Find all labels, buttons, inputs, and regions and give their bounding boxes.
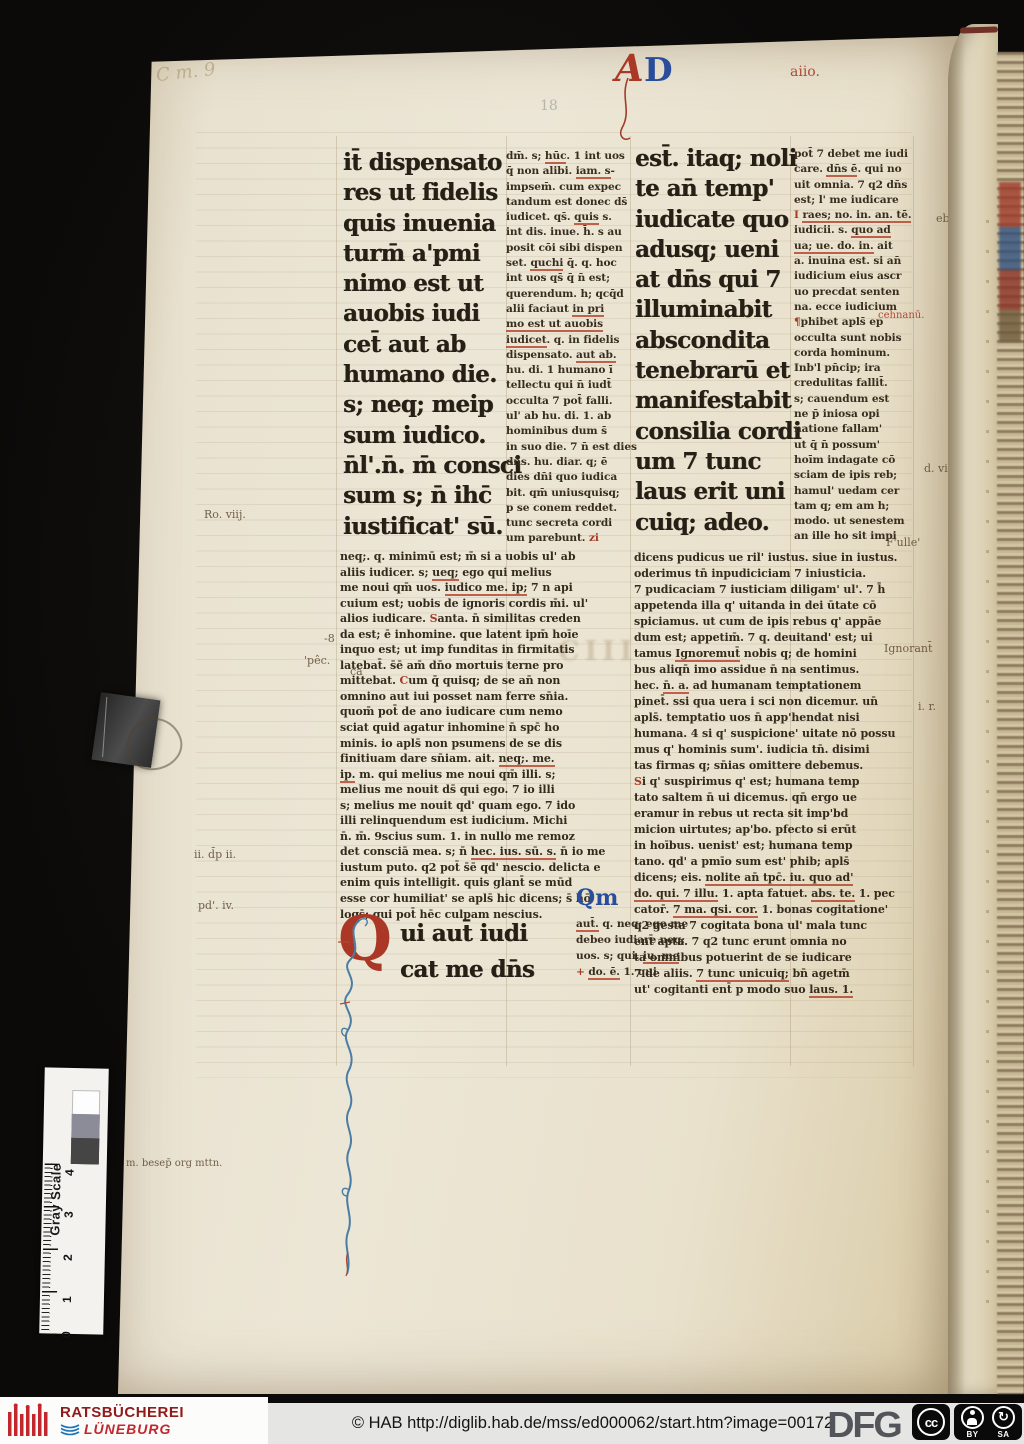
margin-note: pd'. iv. bbox=[198, 899, 234, 912]
text-line: te an̄ temp' bbox=[635, 174, 795, 204]
text-line: p se conem reddet. bbox=[506, 501, 630, 516]
text-line: do. qui. 7 illu. 1. apta fatuet. abs. te… bbox=[634, 886, 916, 902]
text-line: turm̄ a'pmi bbox=[343, 239, 508, 269]
margin-note: Ignorant̄ bbox=[884, 642, 932, 655]
text-line: manifestabit bbox=[635, 386, 795, 416]
text-line: cuium est; uobis de ignoris cordis m̄i. … bbox=[340, 596, 632, 612]
text-line: int uos qs̄ q̄ n̄ est; bbox=[506, 271, 630, 286]
text-column-large-left: it̄ dispensatores ut fidelisquis inuenia… bbox=[343, 148, 508, 542]
text-line: s; melius me nouit qd' quam ego. 7 ido bbox=[340, 798, 632, 814]
photo-canvas: C m. 9 18 A D aiio. it̄ dispensatores ut… bbox=[0, 0, 1024, 1444]
text-line: dispensato. aut ab. bbox=[506, 348, 630, 363]
initial-Qm: Qm bbox=[576, 885, 618, 911]
cc-by-icon bbox=[961, 1406, 984, 1429]
text-line: omnino aut iui posset nam ferre sn̄ia. bbox=[340, 689, 632, 705]
fore-edge-marks bbox=[986, 220, 989, 1320]
text-line: tas firmas q; sn̄ias omittere debemus. bbox=[634, 758, 916, 774]
text-line: iudicium eius ascr bbox=[794, 269, 912, 284]
text-line: ua; ue. do. in. ait bbox=[794, 239, 912, 254]
text-line: melius me nouit ds̄ qui ego. 7 io illi bbox=[340, 782, 632, 798]
text-line: res ut fidelis bbox=[343, 178, 508, 208]
text-line: Inb'l pn̄cip; ira bbox=[794, 361, 912, 376]
text-line: cuiq; adeo. bbox=[635, 508, 795, 538]
margin-note: F'ulle' bbox=[886, 536, 920, 549]
text-line: me noui qm̄ uos. iudico me. ip; 7 n api bbox=[340, 580, 632, 596]
text-line: dum est; appetim̄. 7 q. deuitand' est; u… bbox=[634, 630, 916, 646]
text-line: sum iudico. bbox=[343, 421, 508, 451]
text-line: cet̄ aut ab bbox=[343, 330, 508, 360]
text-line: iudicet. q. in fidelis bbox=[506, 333, 630, 348]
quire-mark: aiio. bbox=[790, 64, 820, 80]
text-line: s; cauendum est bbox=[794, 392, 912, 407]
text-line: finitiuam dare sn̄iam. ait. neq;. me. bbox=[340, 751, 632, 767]
margin-note: ii. d̄p ii. bbox=[194, 848, 236, 861]
text-line: inquo est; ut imp funditas in firmitatis bbox=[340, 642, 632, 658]
text-line: est; l' me iudicare bbox=[794, 193, 912, 208]
text-line: care. dn̄s ē. qui no bbox=[794, 162, 912, 177]
text-line: humano die. bbox=[343, 360, 508, 390]
text-line: alii faciaut in pri bbox=[506, 302, 630, 317]
ruler-major-ticks bbox=[41, 1163, 60, 1334]
cc-sa-label: SA bbox=[997, 1430, 1009, 1439]
text-line: dicens; eis. nolite an̄ tpc̄. iu. quo ad… bbox=[634, 870, 916, 886]
text-line: n̄l'.n̄. m̄ consci bbox=[343, 451, 508, 481]
text-line: um 7 tunc bbox=[635, 447, 795, 477]
margin-note: cehnanū. bbox=[878, 310, 924, 321]
commentary-column-left: neq;. q. minimū est; m̄ si a uobis ul' a… bbox=[340, 549, 632, 922]
text-line: est̄. itaq; noli bbox=[635, 144, 795, 174]
bottom-lemma-text: ui aut̄ iudicat me dn̄s bbox=[400, 916, 580, 988]
book-fore-edge bbox=[948, 24, 998, 1394]
text-line: natione fallam' bbox=[794, 422, 912, 437]
text-line: ip. m. qui melius me noui qm̄ illi. s; bbox=[340, 767, 632, 783]
text-line: auobis iudi bbox=[343, 299, 508, 329]
text-line: q̄ non alibi. iam. s- bbox=[506, 164, 630, 179]
text-line: minis. io apls̄ non psumens de se dis bbox=[340, 736, 632, 752]
text-line: tenebrarū et bbox=[635, 356, 795, 386]
next-page-initial bbox=[999, 182, 1021, 342]
text-line: um parebunt. zi bbox=[506, 531, 630, 546]
text-line: dies dn̄i quo iudica bbox=[506, 470, 630, 485]
text-line: s; neq; meip bbox=[343, 390, 508, 420]
text-line: ui aut̄ iudi bbox=[400, 916, 580, 952]
text-line: illuminabit bbox=[635, 295, 795, 325]
grayscale-patch-white bbox=[72, 1090, 101, 1117]
text-line: in suo die. 7 n̄ est dies bbox=[506, 440, 630, 455]
text-line: dn̄s. hu. diar. q; ē bbox=[506, 455, 630, 470]
text-line: alios iudicare. Santa. n̄ similitas cred… bbox=[340, 611, 632, 627]
text-line: hominibus dum s̄ bbox=[506, 424, 630, 439]
text-line: posit cōi sibi dispen bbox=[506, 241, 630, 256]
margin-note: m. besep̄ org mttn. bbox=[126, 1158, 222, 1169]
text-line: tamus Ignoremut̄ nobis q; de homini bbox=[634, 646, 916, 662]
text-line: corda hominum. bbox=[794, 346, 912, 361]
text-line: appetenda illa q' uitanda in dei ūtate c… bbox=[634, 598, 916, 614]
text-line: latebat̄. s̄ē am̄ dn̄o mortuis terne pro bbox=[340, 658, 632, 674]
manuscript-page: C m. 9 18 A D aiio. it̄ dispensatores ut… bbox=[118, 36, 958, 1394]
text-line: debeo iudiare neq; bbox=[576, 932, 711, 948]
text-line: impsem̄. cum expec bbox=[506, 180, 630, 195]
ruler-number: 2 bbox=[61, 1247, 75, 1261]
text-line: oderimus tn̄ inpudiciciam 7 iniusticia. bbox=[634, 566, 916, 582]
margin-note: 'pêc. bbox=[304, 654, 330, 667]
text-line: iudicate quo bbox=[635, 205, 795, 235]
grayscale-ruler: Gray Scale 4 3 2 1 0 bbox=[39, 1067, 109, 1334]
text-line: neq;. q. minimū est; m̄ si a uobis ul' a… bbox=[340, 549, 632, 565]
text-line: dm̄. s; hūc. 1 int uos bbox=[506, 149, 630, 164]
text-column-large-right: est̄. itaq; nolite an̄ temp'iudicate quo… bbox=[635, 144, 795, 538]
text-line: hec. n̄. a. ad humanam temptationem bbox=[634, 678, 916, 694]
text-line: iudicii. s. quo ad bbox=[794, 223, 912, 238]
text-line: uit omnia. 7 q2 dn̄s bbox=[794, 178, 912, 193]
text-line: tunc secreta cordi bbox=[506, 516, 630, 531]
text-line: credulitas fallit̄. bbox=[794, 376, 912, 391]
ruler-number: 0 bbox=[59, 1324, 73, 1338]
grayscale-patch-dark bbox=[71, 1138, 100, 1165]
text-line: iustificat' sū. bbox=[343, 512, 508, 542]
text-line: laus erit uni bbox=[635, 477, 795, 507]
dfg-logo: DFG bbox=[827, 1406, 900, 1444]
text-line: tandum est donec ds̄ bbox=[506, 195, 630, 210]
faded-inscription: C m. 9 bbox=[155, 59, 216, 86]
text-line: mus q' hominis sum'. iudicia tn̄. disimi bbox=[634, 742, 916, 758]
text-line: ne p̄ iniosa opi bbox=[794, 407, 912, 422]
text-line: quis inuenia bbox=[343, 209, 508, 239]
text-line: mittebat. Cum q̄ quisq; de se an̄ non bbox=[340, 673, 632, 689]
penwork-flourish bbox=[336, 912, 372, 1292]
text-line: mo est ut auobis bbox=[506, 317, 630, 332]
margin-note: c̄a bbox=[350, 665, 363, 678]
text-line: ut q̄ n̄ possum' bbox=[794, 438, 912, 453]
text-line: uos. s; qui. iu. me bbox=[576, 948, 711, 964]
cc-license-badge: cc BY ↻ SA bbox=[912, 1404, 1022, 1440]
text-line: querendum. h; qcq̄d bbox=[506, 287, 630, 302]
text-line: + do. ē. 1. qui bbox=[576, 964, 711, 980]
ruler-number: 3 bbox=[62, 1204, 76, 1218]
text-line: n̄. m̄. 9scius sum. 1. in nullo me remoz bbox=[340, 829, 632, 845]
text-line: tato saltem n̄ ui dicemus. qn̄ ergo ue bbox=[634, 790, 916, 806]
margin-note: Ro. viij. bbox=[204, 508, 246, 521]
text-line: aliis iudicer. s; ueq; ego qui melius bbox=[340, 565, 632, 581]
text-line: consilia cordi bbox=[635, 417, 795, 447]
text-line: modo. ut senestem bbox=[794, 514, 912, 529]
text-line: I raes; no. in. an. tē. bbox=[794, 208, 912, 223]
text-line: eramur in rebus ut recta sit imp'bd bbox=[634, 806, 916, 822]
text-line: abscondita bbox=[635, 326, 795, 356]
ruler-number: 4 bbox=[63, 1162, 77, 1176]
text-line: pinet̄. ssi qua uera i sci non dicemur. … bbox=[634, 694, 916, 710]
text-line: quom̄ pot̄ de ano iudicare cum nemo bbox=[340, 704, 632, 720]
text-line: da est; ē inhomine. que latent ipm̄ hoīe bbox=[340, 627, 632, 643]
text-line: in hoībus. uenist' est; humana temp bbox=[634, 838, 916, 854]
text-line: micion uirtutes; ap'bo. pfecto si erūt bbox=[634, 822, 916, 838]
text-line: uo precdat senten bbox=[794, 285, 912, 300]
text-line: det consciā mea. s; n̄ hec. ius. sū. s. … bbox=[340, 844, 632, 860]
text-line: set. quchi q̄. q. hoc bbox=[506, 256, 630, 271]
text-line: occulta sunt nobis bbox=[794, 331, 912, 346]
cc-by-label: BY bbox=[966, 1430, 978, 1439]
text-line: cat me dn̄s bbox=[400, 952, 580, 988]
text-line: hamul' uedam cer bbox=[794, 484, 912, 499]
text-line: pot̄ 7 debet me iudi bbox=[794, 147, 912, 162]
text-line: tellectu qui n̄ iudt̄ bbox=[506, 378, 630, 393]
pencil-folio-number: 18 bbox=[540, 98, 558, 114]
text-line: humana. 4 si q' suspicione' uitate nō po… bbox=[634, 726, 916, 742]
text-line: bit. qm̄ uniusquisq; bbox=[506, 486, 630, 501]
ruler-number: 1 bbox=[60, 1289, 74, 1303]
text-line: apls̄. temptatio uos n̄ app'hendat nisi bbox=[634, 710, 916, 726]
text-line: tam q; em am h; bbox=[794, 499, 912, 514]
running-header-initial-D: D bbox=[644, 50, 673, 89]
grayscale-patch-mid bbox=[71, 1114, 100, 1141]
text-line: nimo est ut bbox=[343, 269, 508, 299]
text-line: int dis. inue. h̄. s au bbox=[506, 225, 630, 240]
cc-sa-icon: ↻ bbox=[992, 1406, 1015, 1429]
text-line: 7 pudicaciam 7 iusticiam diligam' ul'. 7… bbox=[634, 582, 916, 598]
text-line: dicens pudicus ue ril' iustus. siue in i… bbox=[634, 550, 916, 566]
cc-letters: cc bbox=[917, 1408, 945, 1436]
text-line: hu. di. 1 humano ī bbox=[506, 363, 630, 378]
bottom-gloss: aut̄. q. neq; ego medebeo iudiare neq;uo… bbox=[576, 916, 711, 980]
text-line: hoīm indagate cō bbox=[794, 453, 912, 468]
gloss-column-right: pot̄ 7 debet me iudicare. dn̄s ē. qui no… bbox=[794, 147, 912, 545]
text-line: Si q' suspirimus q' est; humana temp bbox=[634, 774, 916, 790]
text-line: ul' ab hu. di. 1. ab bbox=[506, 409, 630, 424]
text-line: illi relinquendum est iudicium. Michi bbox=[340, 813, 632, 829]
text-line: aut̄. q. neq; ego me bbox=[576, 916, 711, 932]
text-line: ut' cogitanti ent̄ p modo suo laus. 1. bbox=[634, 982, 916, 998]
cc-logo-icon: cc bbox=[912, 1404, 950, 1440]
text-line: tano. qd' a pmīo sum est' phib; apls̄ bbox=[634, 854, 916, 870]
text-line: adusq; ueni bbox=[635, 235, 795, 265]
text-line: iustum puto. q2 pot̄ s̄ē qd' nescio. del… bbox=[340, 860, 632, 876]
text-line: spiciamus. ut cum de ipis rebus q' appāe bbox=[634, 614, 916, 630]
text-line: sum s; n̄ ihc̄ bbox=[343, 481, 508, 511]
text-line: bus aliqn̄ imo assidue n̄ na sentimus. bbox=[634, 662, 916, 678]
margin-note: i. r. bbox=[918, 700, 936, 713]
text-line: sciam de ipis reb; bbox=[794, 468, 912, 483]
margin-note: -8 bbox=[324, 632, 335, 645]
text-line: it̄ dispensato bbox=[343, 148, 508, 178]
text-line: iudicet. qs̄. quis s. bbox=[506, 210, 630, 225]
header-penwork-tail bbox=[610, 76, 640, 146]
text-line: a. inuina est. si an̄ bbox=[794, 254, 912, 269]
text-line: sciat quid agatur inhomine n̄ spc̄ ho bbox=[340, 720, 632, 736]
text-line: at dn̄s qui 7 bbox=[635, 265, 795, 295]
gloss-column-left: dm̄. s; hūc. 1 int uosq̄ non alibi. iam.… bbox=[506, 149, 630, 547]
text-line: occulta 7 pot̄ falli. bbox=[506, 394, 630, 409]
